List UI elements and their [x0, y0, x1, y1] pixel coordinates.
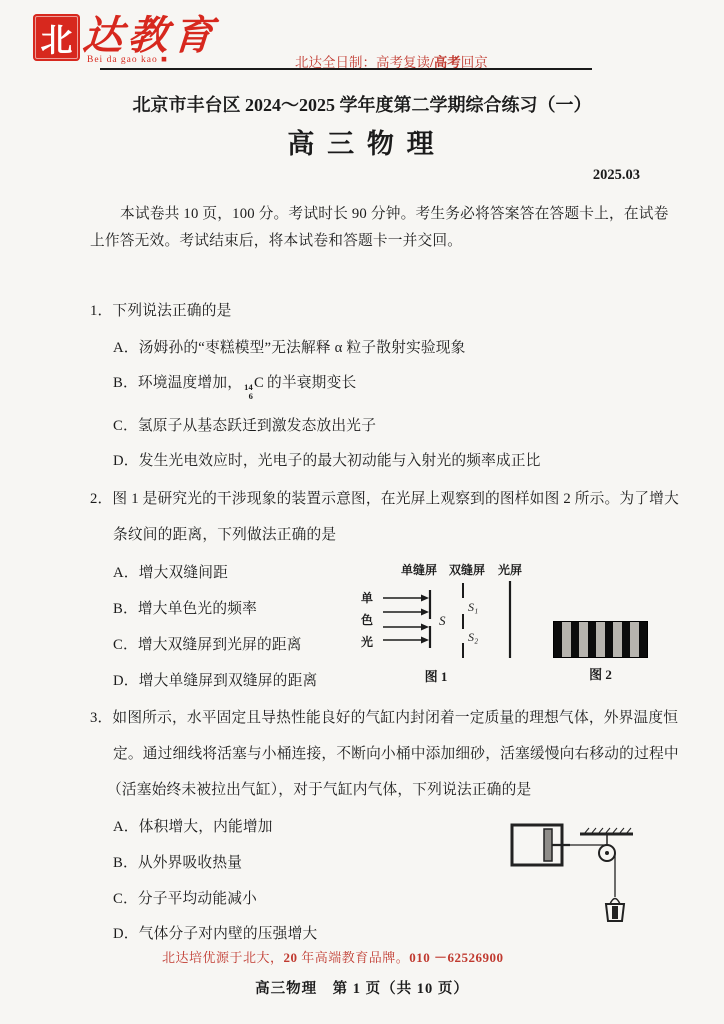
page-title: 北京市丰台区 2024～2025 学年度第二学期综合练习（一）	[0, 91, 724, 117]
q1-option-a: A．汤姆孙的“枣糕模型”无法解释 α 粒子散射实验现象	[113, 336, 466, 357]
page-number-info: 高三物理 第 1 页（共 10 页）	[0, 977, 724, 998]
support-shelf	[580, 828, 633, 834]
label-double-slit-screen: 双缝屏	[449, 562, 485, 577]
promo-mid: 年高端教育品牌。	[298, 950, 410, 965]
label-light-char-1: 单	[361, 590, 373, 605]
promo-pre: 北达培优源于北大，	[162, 950, 284, 965]
slit-s2-label: S₂	[468, 630, 478, 644]
slit-s1-label: S₁	[468, 600, 478, 614]
q3-option-b: B．从外界吸收热量	[113, 851, 242, 872]
promo-phone: 010 －62526900	[409, 950, 503, 965]
q3-option-d: D．气体分子对内壁的压强增大	[113, 922, 317, 943]
subject-title: 高 三 物 理	[0, 122, 724, 161]
exam-paper-page: 北 达教育 Bei da gao kao ■ 北达全日制：高考复读/高考回京 北…	[0, 0, 724, 1024]
brand-name: 达教育	[81, 4, 220, 61]
q1-option-b-pre: B．环境温度增加，	[113, 375, 242, 391]
label-single-slit-screen: 单缝屏	[401, 562, 437, 577]
label-light-char-2: 色	[360, 612, 373, 627]
figure-2-fringe-pattern	[553, 621, 648, 658]
q2-stem-line-1: 2．图 1 是研究光的干涉现象的装置示意图，在光屏上观察到的图样如图 2 所示。…	[90, 487, 679, 508]
sand-bucket	[606, 899, 624, 922]
q2-option-c: C．增大双缝屏到光屏的距离	[113, 633, 302, 654]
label-light-screen: 光屏	[498, 562, 522, 577]
q3-stem-line-2: 定。通过细线将活塞与小桶连接，不断向小桶中添加细砂，活塞缓慢向右移动的过程中	[113, 742, 679, 763]
q2-option-b: B．增大单色光的频率	[113, 597, 257, 618]
q3-stem-line-3: （活塞始终未被拉出气缸），对于气缸内气体，下列说法正确的是	[107, 778, 531, 799]
q1-option-b-post: 的半衰期变长	[267, 375, 356, 391]
piston	[544, 829, 552, 861]
q3-stem-line-1: 3．如图所示，水平固定且导热性能良好的气缸内封闭着一定质量的理想气体，外界温度恒	[90, 706, 678, 727]
q1-stem: 1．下列说法正确的是	[90, 299, 232, 320]
brand-seal-logo: 北	[33, 14, 80, 61]
figure-2-caption: 图 2	[553, 664, 648, 683]
label-light-char-3: 光	[361, 634, 373, 649]
pulley-axle	[605, 851, 609, 855]
q1-option-c: C．氢原子从基态跃迁到激发态放出光子	[113, 414, 376, 435]
figure-3-cylinder-apparatus	[500, 818, 640, 928]
footer-promo: 北达培优源于北大，20 年高端教育品牌。010 －62526900	[162, 947, 504, 966]
slit-s-label: S	[439, 613, 446, 628]
figure-1-interference-setup: 单缝屏 双缝屏 光屏 单 色 光 S S₁ S₂ 图 1	[355, 557, 527, 689]
q2-stem-line-2: 条纹间的距离，下列做法正确的是	[113, 523, 336, 544]
exam-date: 2025.03	[593, 167, 640, 184]
isotope-atomic-number: 6	[249, 392, 253, 401]
instructions-line-1: 本试卷共 10 页，100 分。考试时长 90 分钟。考生务必将答案答在答题卡上…	[90, 202, 669, 223]
instructions-line-2: 上作答无效。考试结束后，将本试卷和答题卡一并交回。	[90, 229, 462, 250]
q2-option-a: A．增大双缝间距	[113, 561, 228, 582]
isotope-symbol: C	[254, 375, 264, 391]
q3-option-c: C．分子平均动能减小	[113, 887, 257, 908]
q2-option-d: D．增大单缝屏到双缝屏的距离	[113, 669, 317, 690]
isotope-c14-notation: 146	[244, 383, 253, 401]
brand-romanized: Bei da gao kao ■	[87, 55, 168, 65]
q1-option-b: B．环境温度增加，146C的半衰期变长	[113, 371, 356, 401]
q1-option-d: D．发生光电效应时，光电子的最大初动能与入射光的频率成正比	[113, 449, 541, 470]
figure-1-caption: 图 1	[425, 669, 448, 684]
incident-light-arrows	[383, 595, 429, 644]
seal-character: 北	[40, 15, 72, 61]
promo-years: 20	[284, 950, 298, 965]
q3-option-a: A．体积增大，内能增加	[113, 815, 273, 836]
header-divider	[100, 68, 592, 70]
